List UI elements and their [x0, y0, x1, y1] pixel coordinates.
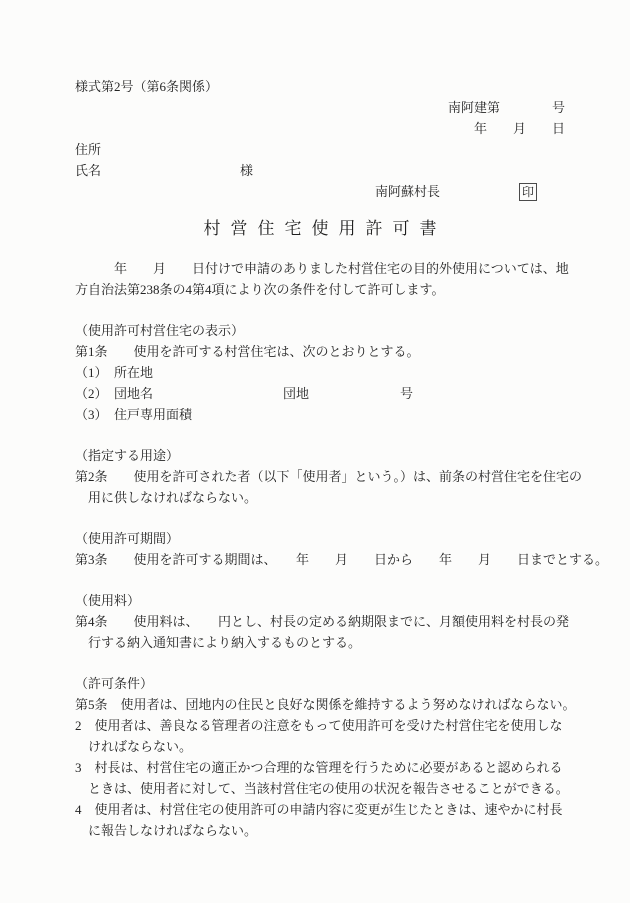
article-1-line: （2） 団地名 団地 号	[75, 383, 565, 404]
article-1-line: （3） 住戸専用面積	[75, 404, 565, 425]
article-3: （使用許可期間） 第3条 使用を許可する期間は、 年 月 日から 年 月 日まで…	[75, 528, 565, 570]
address-label: 住所	[75, 139, 565, 160]
official-seal-stamp: 印	[519, 183, 537, 201]
article-3-line: 第3条 使用を許可する期間は、 年 月 日から 年 月 日までとする。	[75, 549, 565, 570]
article-2: （指定する用途） 第2条 使用を許可された者（以下「使用者」という。）は、前条の…	[75, 445, 565, 508]
article-4-line: 行する納入通知書により納入するものとする。	[75, 632, 565, 653]
intro-paragraph: 年 月 日付けで申請のありました村営住宅の目的外使用については、地 方自治法第2…	[75, 258, 565, 300]
article-4-heading: （使用料）	[75, 590, 565, 611]
article-5-line: 4 使用者は、村営住宅の使用許可の申請内容に変更が生じたときは、速やかに村長	[75, 799, 565, 820]
article-2-heading: （指定する用途）	[75, 445, 565, 466]
article-4: （使用料） 第4条 使用料は、 円とし、村長の定める納期限までに、月額使用料を村…	[75, 590, 565, 653]
document-title: 村営住宅使用許可書	[75, 216, 565, 242]
mayor-title: 南阿蘇村長	[375, 181, 440, 202]
name-label: 氏名	[75, 163, 101, 178]
intro-line: 年 月 日付けで申請のありました村営住宅の目的外使用については、地	[75, 258, 565, 279]
article-1: （使用許可村営住宅の表示） 第1条 使用を許可する村営住宅は、次のとおりとする。…	[75, 320, 565, 425]
article-1-line: （1） 所在地	[75, 362, 565, 383]
form-number: 様式第2号（第6条関係）	[75, 76, 565, 97]
article-5-line: ければならない。	[75, 736, 565, 757]
article-5-line: ときは、使用者に対して、当該村営住宅の使用の状況を報告させることができる。	[75, 778, 565, 799]
article-5-line: 2 使用者は、善良なる管理者の注意をもって使用許可を受けた村営住宅を使用しな	[75, 715, 565, 736]
doc-number-line: 南阿建第 号	[75, 97, 565, 118]
article-5: （許可条件） 第5条 使用者は、団地内の住民と良好な関係を維持するよう努めなけれ…	[75, 673, 565, 841]
article-5-line: に報告しなければならない。	[75, 820, 565, 841]
article-5-line: 3 村長は、村営住宅の適正かつ合理的な管理を行うために必要があると認められる	[75, 757, 565, 778]
article-2-line: 第2条 使用を許可された者（以下「使用者」という。）は、前条の村営住宅を住宅の	[75, 466, 565, 487]
name-line: 氏名様	[75, 160, 565, 181]
intro-line: 方自治法第238条の4第4項により次の条件を付して許可します。	[75, 279, 565, 300]
article-5-line: 第5条 使用者は、団地内の住民と良好な関係を維持するよう努めなければならない。	[75, 694, 565, 715]
article-1-line: 第1条 使用を許可する村営住宅は、次のとおりとする。	[75, 341, 565, 362]
article-2-line: 用に供しなければならない。	[75, 487, 565, 508]
permit-document-page: 様式第2号（第6条関係） 南阿建第 号 年 月 日 住所 氏名様 南阿蘇村長 印…	[0, 0, 630, 903]
article-1-heading: （使用許可村営住宅の表示）	[75, 320, 565, 341]
honorific-label: 様	[240, 163, 253, 178]
date-line: 年 月 日	[75, 118, 565, 139]
article-3-heading: （使用許可期間）	[75, 528, 565, 549]
article-4-line: 第4条 使用料は、 円とし、村長の定める納期限までに、月額使用料を村長の発	[75, 611, 565, 632]
article-5-heading: （許可条件）	[75, 673, 565, 694]
mayor-line: 南阿蘇村長 印	[75, 181, 565, 202]
